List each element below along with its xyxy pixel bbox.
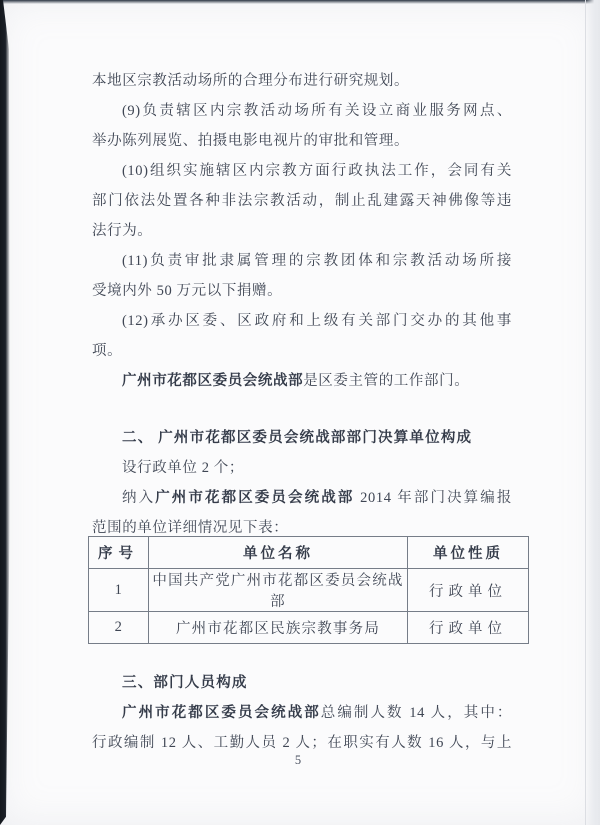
table-cell-unit-type: 行政单位 xyxy=(408,569,529,612)
scan-top-edge xyxy=(0,0,600,4)
text-line: 受境内外 50 万元以下捐赠。 xyxy=(92,276,512,306)
text-line: (11)负责审批隶属管理的宗教团体和宗教活动场所接 xyxy=(92,246,512,276)
table-cell-unit-name: 中国共产党广州市花都区委员会统战部 xyxy=(149,569,408,612)
table-header-cell: 单位性质 xyxy=(408,537,529,569)
scanned-page: 本地区宗教活动场所的合理分布进行研究规划。 (9)负责辖区内宗教活动场所有关设立… xyxy=(0,0,600,825)
org-name-bold: 广州市花都区委员会统战部 xyxy=(122,705,321,721)
text-line: (12)承办区委、区政府和上级有关部门交办的其他事 xyxy=(92,306,512,336)
text-line: 广州市花都区委员会统战部是区委主管的工作部门。 xyxy=(92,366,512,396)
table-row: 2 广州市花都区民族宗教事务局 行政单位 xyxy=(89,612,529,644)
text-line: (10)组织实施辖区内宗教方面行政执法工作，会同有关 xyxy=(92,156,512,186)
text-run: 纳入 xyxy=(122,490,155,506)
table-cell-unit-type: 行政单位 xyxy=(408,612,529,644)
text-line: 举办陈列展览、拍摄电影电视片的审批和管理。 xyxy=(92,126,512,156)
page-number: 5 xyxy=(295,752,301,768)
text-line: (9)负责辖区内宗教活动场所有关设立商业服务网点、 xyxy=(92,96,512,126)
text-run: 是区委主管的工作部门。 xyxy=(303,373,469,389)
text-line: 项。 xyxy=(92,336,512,366)
text-run: 总编制人数 14 人，其中： xyxy=(321,705,512,721)
text-line: 纳入广州市花都区委员会统战部 2014 年部门决算编报 xyxy=(92,483,512,513)
text-run: 2014 年部门决算编报 xyxy=(354,490,512,506)
units-table: 序号 单位名称 单位性质 1 中国共产党广州市花都区委员会统战部 行政单位 2 … xyxy=(88,536,529,644)
org-name-bold: 广州市花都区委员会统战部 xyxy=(122,373,303,389)
paper-right-edge xyxy=(585,0,600,825)
table-row: 1 中国共产党广州市花都区委员会统战部 行政单位 xyxy=(89,569,529,612)
text-line: 设行政单位 2 个； xyxy=(92,453,512,483)
text-line: 本地区宗教活动场所的合理分布进行研究规划。 xyxy=(92,66,512,96)
document-content: 本地区宗教活动场所的合理分布进行研究规划。 (9)负责辖区内宗教活动场所有关设立… xyxy=(92,66,512,758)
org-name-bold: 广州市花都区委员会统战部 xyxy=(155,490,354,506)
table-cell-unit-name: 广州市花都区民族宗教事务局 xyxy=(149,612,408,644)
section2-heading: 二、 广州市花都区委员会统战部部门决算单位构成 xyxy=(92,423,512,453)
table-cell-index: 2 xyxy=(89,612,149,644)
table-cell-index: 1 xyxy=(89,569,149,612)
scan-left-edge xyxy=(0,0,10,825)
text-line: 法行为。 xyxy=(92,216,512,246)
text-line: 广州市花都区委员会统战部总编制人数 14 人，其中： xyxy=(92,698,512,728)
text-line: 部门依法处置各种非法宗教活动，制止乱建露天神佛像等违 xyxy=(92,186,512,216)
text-line: 行政编制 12 人、工勤人员 2 人；在职实有人数 16 人，与上 xyxy=(92,728,512,758)
section3-heading: 三、部门人员构成 xyxy=(92,668,512,698)
